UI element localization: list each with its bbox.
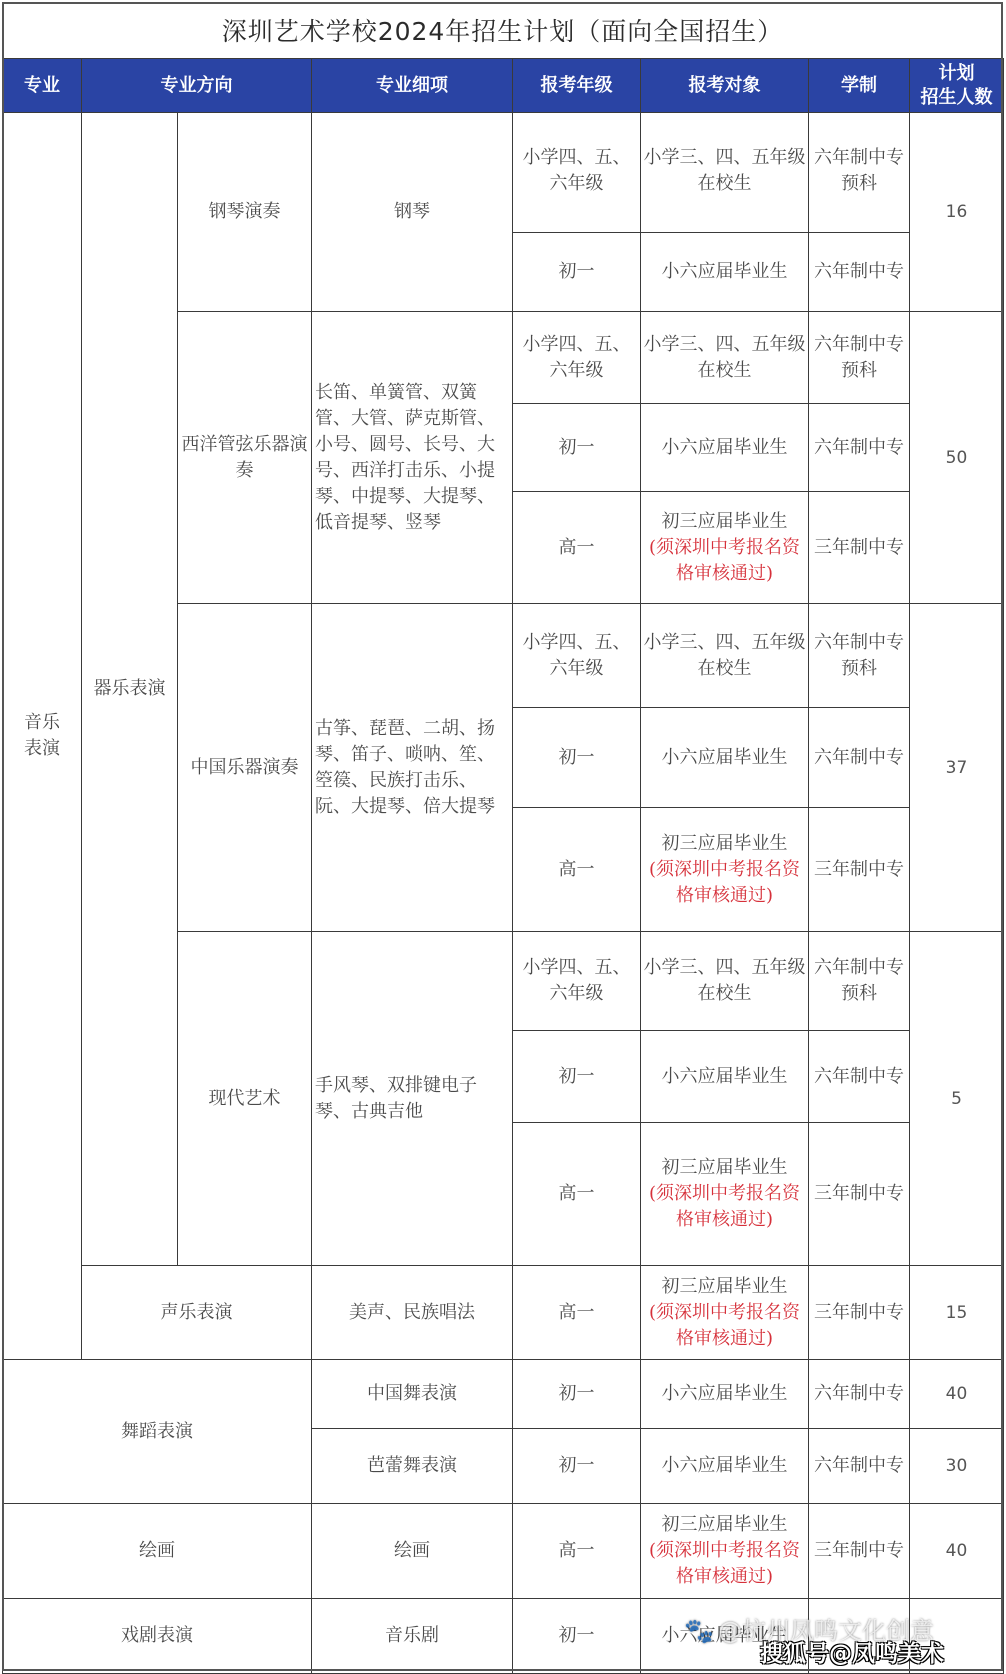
paw-icon: 🐾 (684, 1617, 714, 1645)
table-frame (2, 2, 1003, 1671)
sohu-watermark: 搜狐号@凤鸣美术 (760, 1635, 944, 1668)
